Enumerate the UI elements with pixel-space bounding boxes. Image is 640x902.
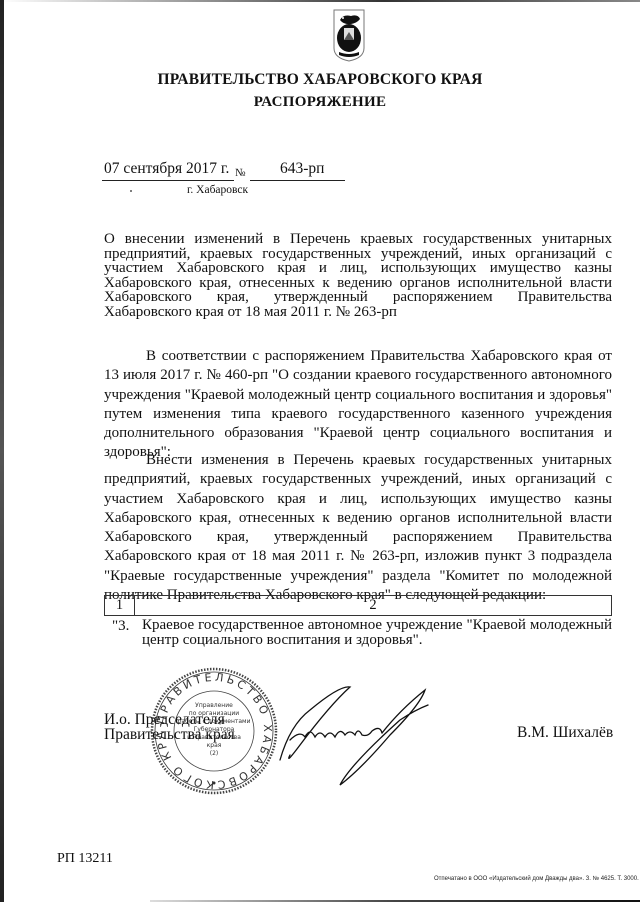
svg-text:(2): (2) xyxy=(210,750,219,757)
order-subject: О внесении изменений в Перечень краевых … xyxy=(104,232,612,320)
body-paragraph-1: В соответствии с распоряжением Правитель… xyxy=(104,347,612,463)
signatory-role-line-2: Правительства края xyxy=(104,726,235,744)
item-number: "3. xyxy=(112,618,129,635)
scan-edge-top xyxy=(0,0,640,2)
column-header-2: 2 xyxy=(135,596,611,615)
document-type: РАСПОРЯЖЕНИЕ xyxy=(0,94,640,111)
amendment-table-header: 1 2 xyxy=(104,595,612,616)
svg-text:Управление: Управление xyxy=(195,702,233,709)
city: г. Хабаровск xyxy=(187,184,248,196)
document-code: РП 13211 xyxy=(57,851,113,867)
coat-of-arms-icon xyxy=(333,8,365,62)
column-header-1: 1 xyxy=(105,596,135,615)
number-sign: № xyxy=(235,167,246,179)
handwritten-signature-icon xyxy=(270,665,430,795)
signatory-name: В.М. Шихалёв xyxy=(517,724,613,742)
date-underline xyxy=(102,180,234,181)
body-paragraph-2: Внести изменения в Перечень краевых госу… xyxy=(104,451,612,605)
number-underline xyxy=(250,180,345,181)
item-text: Краевое государственное автономное учреж… xyxy=(142,618,612,647)
scan-edge-left xyxy=(0,0,4,902)
scan-speck xyxy=(130,190,132,192)
government-title: ПРАВИТЕЛЬСТВО ХАБАРОВСКОГО КРАЯ xyxy=(0,71,640,89)
printer-imprint: Отпечатано в ООО «Издательский дом Дважд… xyxy=(434,876,639,882)
order-number: 643-рп xyxy=(280,160,324,178)
order-date: 07 сентября 2017 г. xyxy=(104,160,229,178)
